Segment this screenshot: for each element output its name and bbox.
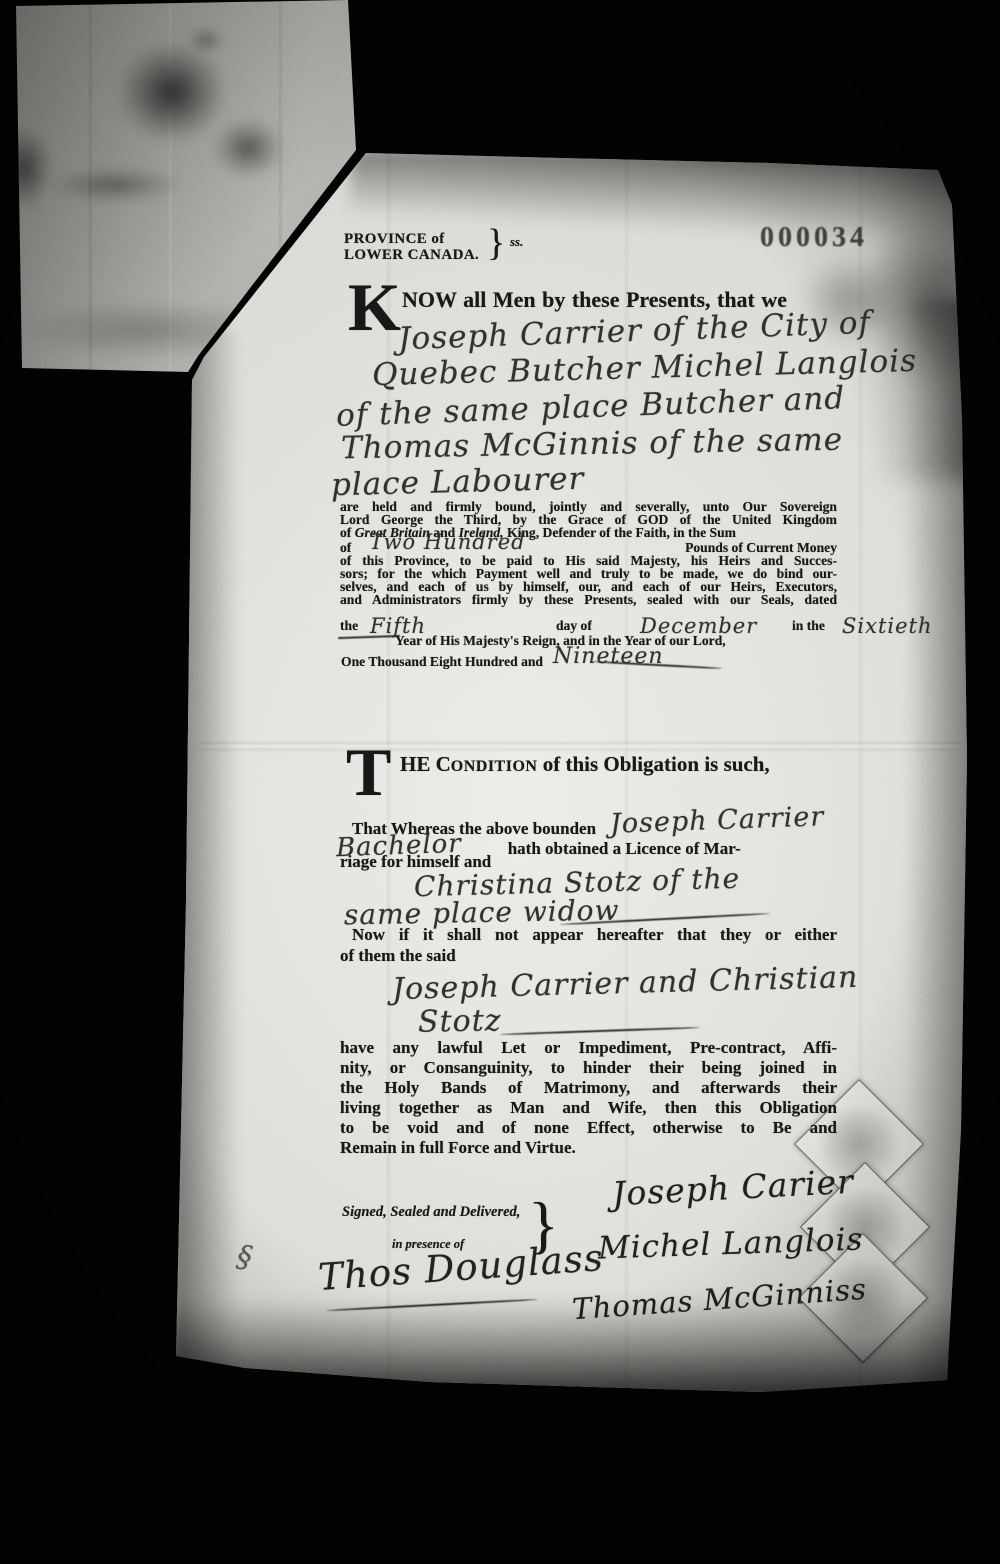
dropcap-k: K (348, 276, 401, 338)
horizontal-crease (200, 742, 960, 752)
condition-line: have any lawful Let or Impediment, Pre-c… (340, 1038, 837, 1058)
pen-flourish (500, 1027, 700, 1036)
condition-line: nity, or Consanguinity, to hinder their … (340, 1058, 837, 1078)
party-signature: Michel Langlois (597, 1221, 863, 1266)
bond-text: the (340, 618, 358, 634)
condition-line: to be void and of none Effect, otherwise… (340, 1118, 837, 1138)
bond-text: of (340, 525, 351, 540)
bond-clause-line: One Thousand Eight Hundred and Nineteen (341, 647, 664, 672)
pen-flourish (326, 1298, 538, 1311)
condition-line: living together as Man and Wife, then th… (340, 1098, 837, 1118)
jurat-ss: ss. (510, 234, 523, 250)
serial-number-stamp: 000034 (760, 222, 868, 254)
bond-clause-line: of Two Hundred Pounds of Current Money (340, 539, 837, 554)
condition-headline-a: HE C (400, 752, 451, 776)
condition-dropcap: T (346, 741, 391, 803)
condition-line: Now if it shall not appear hereafter tha… (340, 925, 837, 945)
attestation-caption: Signed, Sealed and Delivered, (342, 1204, 520, 1221)
handwritten-reign-year: Sixtieth (842, 614, 933, 638)
handwritten-parties-line: place Labourer (331, 461, 585, 504)
region-caption-line1: PROVINCE of (344, 231, 479, 247)
condition-line: the Holy Bands of Matrimony, and afterwa… (340, 1078, 837, 1098)
handwritten-couple-line: Joseph Carrier and Christian (392, 960, 859, 1007)
left-edge-shadow (170, 330, 240, 1390)
bond-text: in the (792, 618, 825, 634)
witness-signature: Thos Douglass (317, 1236, 605, 1299)
condition-line: Remain in full Force and Virtue. (340, 1138, 576, 1158)
condition-text: hath obtained a Licence of Mar- (508, 839, 741, 859)
top-edge-shadow (350, 148, 970, 243)
handwritten-parties-line: Thomas McGinnis of the same (341, 422, 844, 467)
party-signature: Joseph Carier (611, 1162, 855, 1214)
bond-text: day of (556, 618, 592, 634)
region-caption-line2: LOWER CANADA. (344, 247, 479, 263)
condition-headline: HE CONDITION of this Obligation is such, (400, 752, 770, 777)
condition-headline-c: of this Obligation is such, (537, 752, 769, 776)
handwritten-couple-line: Stotz (418, 1003, 502, 1039)
header-brace-icon: } (487, 221, 505, 265)
handwritten-sum: Two Hundred (369, 536, 525, 549)
condition-headline-b: ONDITION (451, 758, 538, 775)
marginal-mark: § (235, 1239, 256, 1276)
bond-text: One Thousand Eight Hundred and (341, 654, 543, 670)
bond-text: King, Defender of the Faith, in the Sum (507, 525, 736, 540)
photograph-backdrop: PROVINCE of LOWER CANADA. } ss. 000034 K… (0, 0, 1000, 1564)
condition-line: of them the said (340, 946, 456, 966)
bond-clause-line: and Administrators firmly by these Prese… (340, 593, 837, 606)
